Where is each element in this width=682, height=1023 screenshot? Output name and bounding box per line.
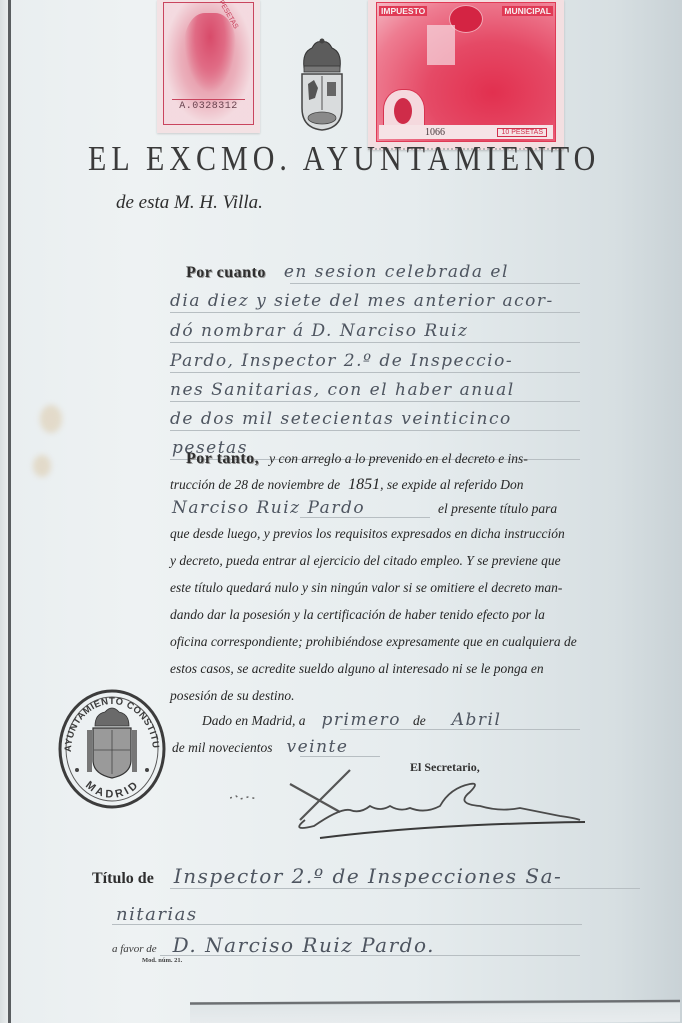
recipient-name-handwritten: Narciso Ruiz Pardo	[172, 498, 434, 518]
titulo-label: Título de	[92, 870, 154, 887]
fill-in-rule	[290, 283, 580, 284]
date-line: Dado en Madrid, a primero de Abril	[202, 710, 501, 730]
handwritten-line: Pardo, Inspector 2.º de Inspeccio-	[170, 351, 513, 371]
municipal-stamp-number: 1066	[425, 127, 445, 138]
paper-stain	[40, 405, 62, 433]
por-cuanto-line-1: Por cuanto en sesion celebrada el	[186, 262, 509, 282]
fill-in-rule	[170, 430, 580, 431]
fill-in-rule	[170, 401, 580, 402]
printed-text: de mil novecientos	[172, 740, 272, 755]
por-cuanto-label: Por cuanto	[186, 264, 266, 281]
fill-in-rule	[300, 517, 430, 518]
paragraph-line: posesión de su destino.	[170, 688, 295, 704]
fill-in-rule	[170, 342, 580, 343]
fill-in-rule	[112, 924, 582, 925]
fiscal-stamp-frame: 10 PESETAS A.0328312	[163, 2, 254, 125]
favor-value-handwritten: D. Narciso Ruiz Pardo.	[173, 933, 435, 957]
por-tanto-label: Por tanto,	[186, 450, 259, 467]
paper-stain	[33, 455, 51, 477]
municipal-stamp-frame: IMPUESTO MUNICIPAL 1066 10 PESETAS	[376, 2, 556, 142]
municipal-stamp-title-left: IMPUESTO	[379, 6, 427, 16]
year-line: de mil novecientos veinte	[172, 737, 348, 757]
paragraph-line: y decreto, pueda entrar al ejercicio del…	[170, 553, 561, 569]
model-number: Mod. núm. 21.	[142, 957, 182, 964]
paragraph-line: dando dar la posesión y la certificación…	[170, 607, 545, 623]
svg-text:MADRID: MADRID	[83, 778, 142, 801]
handwritten-line: dó nombrar á D. Narciso Ruiz	[170, 321, 468, 341]
date-day-handwritten: primero	[322, 710, 402, 730]
printed-text: y con arreglo a lo prevenido en el decre…	[269, 451, 528, 466]
printed-text: el presente título para	[438, 501, 557, 516]
handwritten-line: nes Sanitarias, con el haber anual	[170, 380, 515, 400]
fiscal-stamp: 10 PESETAS A.0328312	[157, 0, 260, 133]
printed-text: Dado en Madrid, a	[202, 713, 306, 728]
municipal-stamp-footer: 1066 10 PESETAS	[379, 125, 553, 139]
paper-bottom-fold	[190, 1000, 680, 1023]
decree-line: trucción de 28 de noviembre de 1851, se …	[170, 476, 524, 494]
paragraph-line: estos casos, se acredite sueldo alguno a…	[170, 661, 544, 677]
por-tanto-line: Por tanto, y con arreglo a lo prevenido …	[186, 450, 528, 468]
municipal-tax-stamp: IMPUESTO MUNICIPAL 1066 10 PESETAS	[368, 0, 564, 150]
fill-in-rule	[340, 729, 580, 730]
fiscal-stamp-serial: A.0328312	[172, 99, 245, 114]
municipal-stamp-value: 10 PESETAS	[497, 128, 547, 137]
document-title: EL EXCMO. AYUNTAMIENTO	[88, 140, 608, 179]
allegorical-figure-icon	[184, 13, 236, 93]
fill-in-rule	[300, 756, 380, 757]
printed-text: trucción de 28 de noviembre de	[170, 477, 340, 492]
paragraph-line: que desde luego, y previos los requisito…	[170, 526, 565, 542]
paragraph-line: este título quedará nulo y sin ningún va…	[170, 580, 562, 596]
favor-line: a favor de D. Narciso Ruiz Pardo.	[112, 933, 435, 957]
titulo-value-handwritten: Inspector 2.º de Inspecciones Sa-	[174, 864, 562, 888]
fill-in-rule	[170, 372, 580, 373]
paper-border-line	[8, 0, 11, 1023]
printed-text: , se expide al referido Don	[380, 477, 523, 492]
handwritten-line: de dos mil setecientas veinticinco	[170, 409, 512, 429]
decree-year: 1851	[348, 476, 380, 493]
date-month-handwritten: Abril	[452, 710, 502, 730]
handwritten-text: en sesion celebrada el	[284, 262, 509, 282]
fill-in-rule	[170, 312, 580, 313]
fill-in-rule	[170, 888, 640, 889]
seal-bottom-text: MADRID	[83, 778, 142, 801]
scene-illustration	[427, 25, 455, 65]
titulo-value-continued: nitarias	[116, 904, 198, 925]
titulo-line: Título de Inspector 2.º de Inspecciones …	[92, 864, 562, 888]
secretary-signature	[230, 760, 590, 840]
ayuntamiento-seal-icon: AYUNTAMIENTO CONSTITUCIONAL MADRID	[57, 688, 167, 810]
recipient-line: Narciso Ruiz Pardo el presente título pa…	[172, 498, 557, 518]
printed-text: de	[413, 713, 426, 728]
fill-in-rule	[160, 955, 580, 956]
year-handwritten: veinte	[286, 737, 348, 757]
madrid-coat-of-arms-icon	[296, 38, 348, 132]
document-subtitle: de esta M. H. Villa.	[116, 192, 263, 214]
favor-label: a favor de	[112, 943, 157, 955]
paragraph-line: oficina correspondiente; prohibiéndose e…	[170, 634, 577, 650]
municipal-stamp-title-right: MUNICIPAL	[502, 6, 553, 16]
handwritten-line: dia diez y siete del mes anterior acor-	[170, 291, 554, 311]
